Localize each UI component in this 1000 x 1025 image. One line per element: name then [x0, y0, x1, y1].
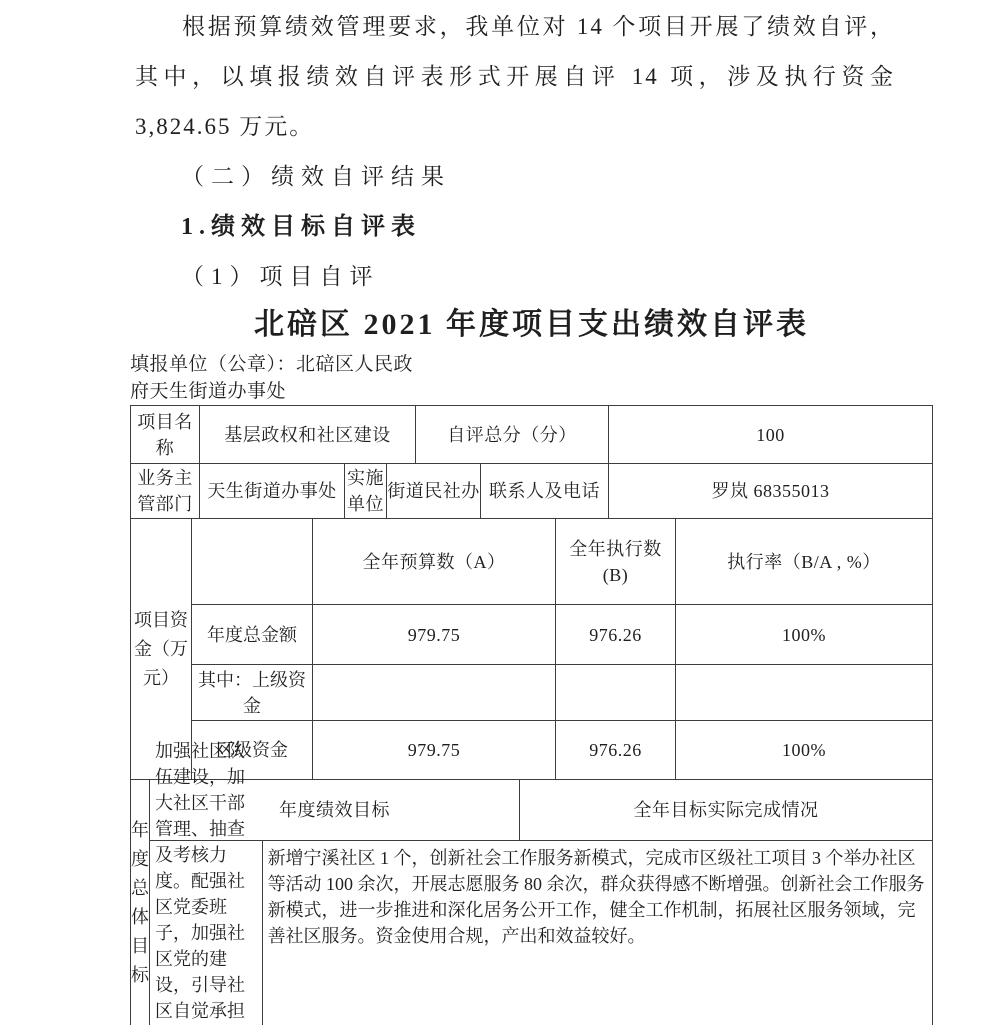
department-row: 业务主管部门 天生街道办事处 实施单位 街道民社办 联系人及电话 罗岚 6835… — [131, 463, 932, 518]
funds-row-name: 其中：上级资金 — [192, 665, 312, 720]
reporting-unit: 填报单位（公章）：北碚区人民政 府天生街道办事处 — [130, 351, 1000, 405]
funds-rate: 100% — [675, 721, 932, 779]
funds-row-district: 区级资金 979.75 976.26 100% — [192, 720, 932, 779]
project-name-value: 基层政权和社区建设 — [199, 406, 415, 463]
project-name-label: 项目名称 — [131, 406, 199, 463]
funds-budget: 979.75 — [312, 605, 555, 664]
goals-section: 年度总体目标 年度绩效目标 全年目标实际完成情况 加强社区队伍建设，加大社区干部… — [131, 779, 932, 1025]
intro-line: 3,824.65 万元。 — [135, 102, 895, 152]
impl-label: 实施单位 — [344, 464, 386, 518]
reporting-unit-line: 填报单位（公章）：北碚区人民政 — [130, 351, 1000, 378]
section-heading: （二）绩效自评结果 — [181, 152, 1000, 202]
table-title: 北碚区 2021 年度项目支出绩效自评表 — [130, 302, 933, 348]
impl-value: 街道民社办 — [386, 464, 480, 518]
intro-line: 根据预算绩效管理要求，我单位对 14 个项目开展了绩效自评， — [135, 2, 895, 52]
goals-col-actual: 全年目标实际完成情况 — [519, 780, 932, 840]
contact-label: 联系人及电话 — [480, 464, 608, 518]
document-page: 根据预算绩效管理要求，我单位对 14 个项目开展了绩效自评， 其中，以填报绩效自… — [0, 2, 1000, 1025]
dept-value: 天生街道办事处 — [199, 464, 344, 518]
funds-col-exec: 全年执行数(B) — [555, 519, 675, 604]
reporting-unit-line: 府天生街道办事处 — [130, 378, 1000, 405]
score-value: 100 — [608, 406, 932, 463]
project-row: 项目名称 基层政权和社区建设 自评总分（分） 100 — [131, 406, 932, 463]
funds-exec — [555, 665, 675, 720]
self-evaluation-table: 项目名称 基层政权和社区建设 自评总分（分） 100 业务主管部门 天生街道办事… — [130, 405, 933, 1025]
funds-header-row: 全年预算数（A） 全年执行数(B) 执行率（B/A , %） — [192, 519, 932, 604]
goals-grid: 年度绩效目标 全年目标实际完成情况 加强社区队伍建设，加大社区干部管理、抽查及考… — [149, 780, 932, 1025]
score-label: 自评总分（分） — [415, 406, 608, 463]
funds-col-budget: 全年预算数（A） — [312, 519, 555, 604]
funds-budget — [312, 665, 555, 720]
funds-col-rate: 执行率（B/A , %） — [675, 519, 932, 604]
goals-target-text: 加强社区队伍建设，加大社区干部管理、抽查及考核力度。配强社区党委班子，加强社区党… — [150, 841, 262, 1025]
intro-paragraph: 根据预算绩效管理要求，我单位对 14 个项目开展了绩效自评， 其中，以填报绩效自… — [135, 2, 895, 152]
goals-header-row: 年度绩效目标 全年目标实际完成情况 — [150, 780, 932, 840]
funds-row-name: 年度总金额 — [192, 605, 312, 664]
subsection-heading: 1.绩效目标自评表 — [181, 202, 1000, 252]
funds-budget: 979.75 — [312, 721, 555, 779]
funds-row-total: 年度总金额 979.75 976.26 100% — [192, 604, 932, 664]
funds-row-superior: 其中：上级资金 — [192, 664, 932, 720]
intro-line: 其中，以填报绩效自评表形式开展自评 14 项，涉及执行资金 — [135, 52, 895, 102]
funds-rate: 100% — [675, 605, 932, 664]
goals-label: 年度总体目标 — [131, 780, 149, 1025]
funds-exec: 976.26 — [555, 605, 675, 664]
funds-rate — [675, 665, 932, 720]
funds-grid: 全年预算数（A） 全年执行数(B) 执行率（B/A , %） 年度总金额 979… — [191, 519, 932, 779]
goals-content-row: 加强社区队伍建设，加大社区干部管理、抽查及考核力度。配强社区党委班子，加强社区党… — [150, 840, 932, 1025]
funds-blank-cell — [192, 519, 312, 604]
dept-label: 业务主管部门 — [131, 464, 199, 518]
goals-actual-text: 新增宁溪社区 1 个，创新社会工作服务新模式，完成市区级社工项目 3 个举办社区… — [262, 841, 932, 1025]
contact-value: 罗岚 68355013 — [608, 464, 932, 518]
item-heading: （1）项目自评 — [181, 252, 1000, 302]
funds-exec: 976.26 — [555, 721, 675, 779]
